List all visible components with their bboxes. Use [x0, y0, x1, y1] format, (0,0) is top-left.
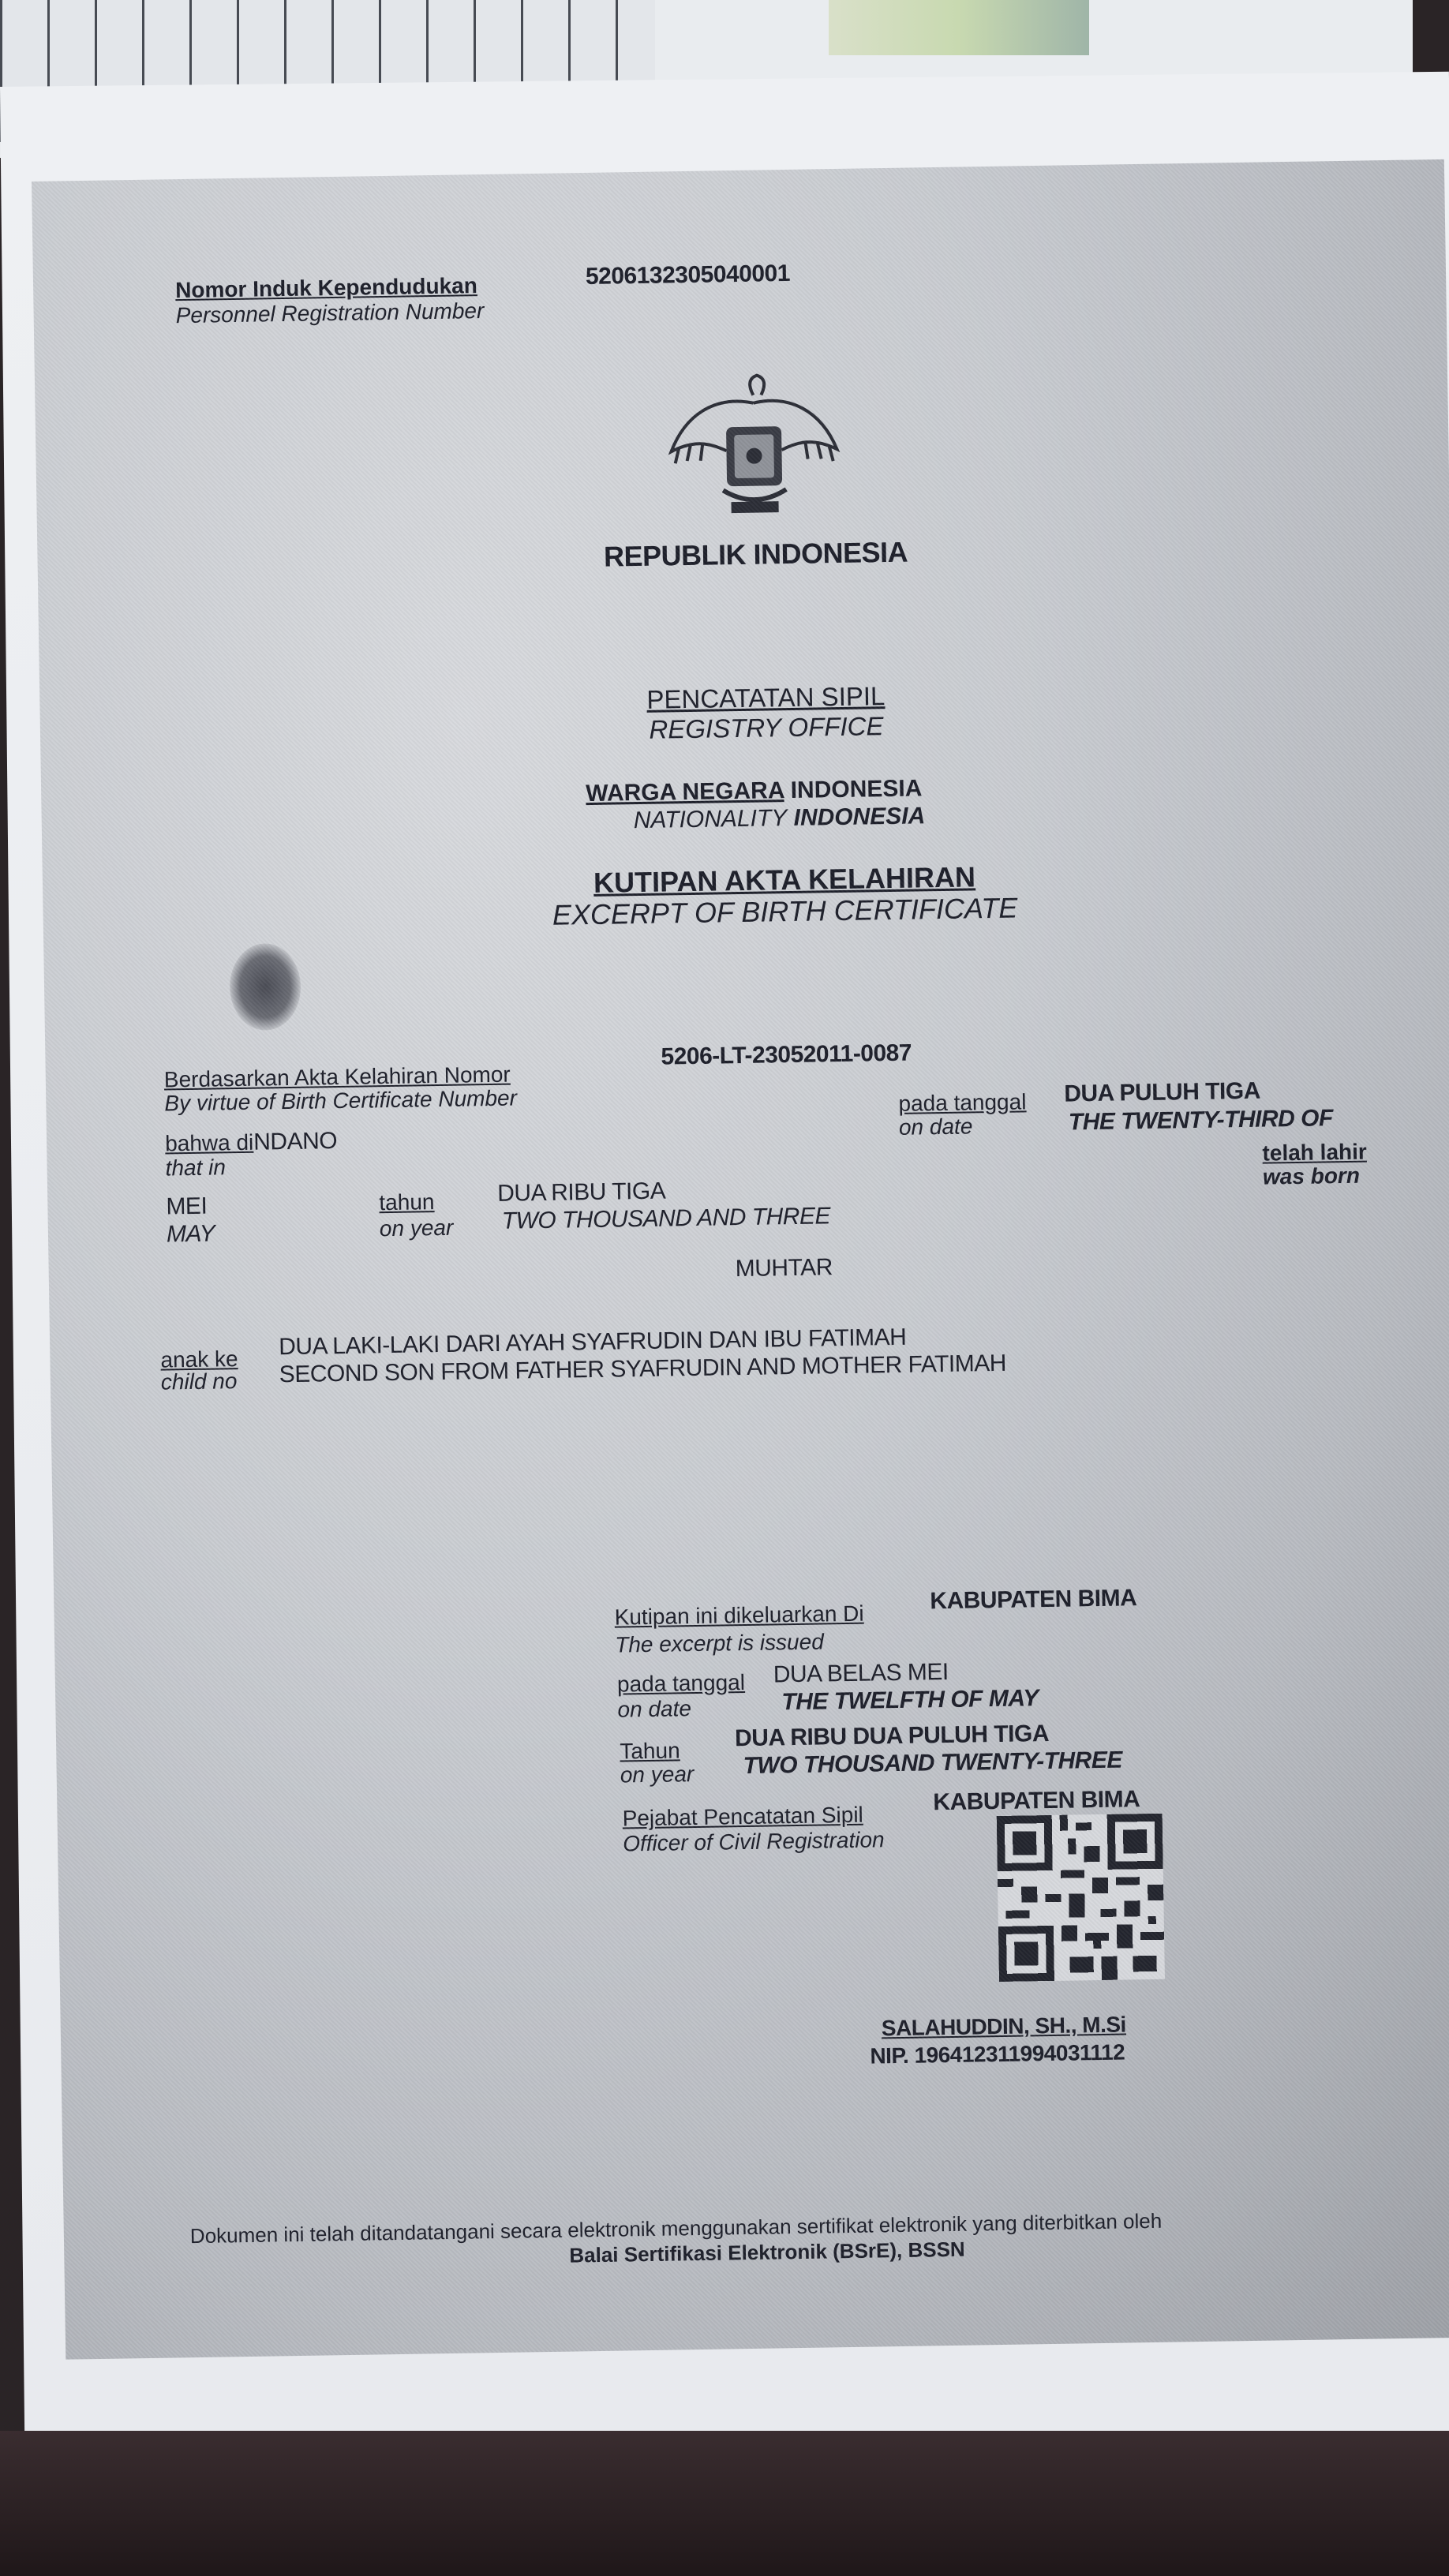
officer-label: Pejabat Pencatatan Sipil: [622, 1803, 863, 1832]
birth-certificate-page: Nomor Induk Kependudukan Personnel Regis…: [32, 159, 1449, 2360]
officer-value: KABUPATEN BIMA: [933, 1786, 1140, 1816]
nik-label: Nomor Induk Kependudukan: [175, 273, 477, 303]
birth-place-row: bahwa diNDANO: [165, 1128, 337, 1157]
qr-code-svg: [997, 1814, 1165, 1982]
birth-year-label-en: on year: [380, 1215, 454, 1241]
title-block: KUTIPAN AKTA KELAHIRAN EXCERPT OF BIRTH …: [485, 859, 1085, 932]
issued-date-label-en: on date: [617, 1696, 691, 1722]
child-order-value: DUA LAKI-LAKI DARI AYAH SYAFRUDIN DAN IB…: [279, 1324, 907, 1361]
office-label-en: REGISTRY OFFICE: [530, 710, 1004, 747]
office-block: PENCATATAN SIPIL REGISTRY OFFICE: [529, 680, 1003, 747]
issued-year-value: DUA RIBU DUA PULUH TIGA: [735, 1720, 1049, 1752]
background-photo: [829, 0, 1089, 55]
birth-date-label: pada tanggal: [898, 1089, 1026, 1117]
nationality-label-en: NATIONALITY: [634, 805, 788, 833]
issued-year-label: Tahun: [620, 1738, 680, 1764]
ink-smudge: [229, 943, 301, 1031]
issued-place-label-en: The excerpt is issued: [615, 1629, 824, 1657]
born-label: telah lahir: [1262, 1140, 1367, 1166]
issued-place-label: Kutipan ini dikeluarkan Di: [614, 1601, 863, 1631]
issued-date-label: pada tanggal: [617, 1670, 745, 1698]
fabric-surface: [0, 2431, 1449, 2576]
nik-label-en: Personnel Registration Number: [175, 298, 484, 328]
nationality-value-en: INDONESIA: [793, 803, 925, 831]
issued-date-value: DUA BELAS MEI: [773, 1659, 949, 1688]
garuda-emblem-icon: [662, 370, 846, 531]
child-order-value-en: SECOND SON FROM FATHER SYAFRUDIN AND MOT…: [279, 1350, 1007, 1388]
issued-date-value-en: THE TWELFTH OF MAY: [781, 1685, 1039, 1716]
office-label-id: PENCATATAN SIPIL: [529, 680, 1003, 717]
country-title: REPUBLIK INDONESIA: [519, 537, 992, 571]
issued-year-label-en: on year: [620, 1762, 695, 1788]
footer-line-2: Balai Sertifikasi Elektronik (BSrE), BSS…: [569, 2237, 965, 2268]
birth-place-label: bahwa di: [165, 1130, 254, 1156]
cert-number-value: 5206-LT-23052011-0087: [661, 1040, 912, 1071]
nik-value: 5206132305040001: [586, 260, 790, 290]
birth-year-value: DUA RIBU TIGA: [497, 1178, 666, 1207]
cert-number-label-en: By virtue of Birth Certificate Number: [164, 1085, 517, 1116]
birth-year-value-en: TWO THOUSAND AND THREE: [502, 1203, 831, 1235]
cert-number-label: Berdasarkan Akta Kelahiran Nomor: [164, 1062, 511, 1093]
birth-place-label-en: that in: [165, 1155, 226, 1181]
birth-date-value-en: THE TWENTY-THIRD OF: [1069, 1105, 1333, 1136]
officer-nip: NIP. 196412311994031112: [870, 2039, 1125, 2070]
qr-code-icon: [997, 1814, 1165, 1982]
footer-line-1: Dokumen ini telah ditandatangani secara …: [190, 2208, 1163, 2248]
birth-date-value: DUA PULUH TIGA: [1064, 1078, 1260, 1108]
birth-date-label-en: on date: [899, 1114, 973, 1140]
child-order-label-en: child no: [161, 1368, 238, 1395]
garuda-emblem-icon-svg: [662, 370, 846, 531]
nationality-block: WARGA NEGARA INDONESIA: [586, 775, 923, 807]
nationality-en-block: NATIONALITY INDONESIA: [634, 803, 926, 834]
issued-year-value-en: TWO THOUSAND TWENTY-THREE: [743, 1747, 1122, 1780]
officer-name: SALAHUDDIN, SH., M.Si: [882, 2012, 1126, 2042]
birth-month-value-en: MAY: [167, 1221, 215, 1249]
child-order-label: anak ke: [160, 1346, 238, 1373]
issued-place-value: KABUPATEN BIMA: [930, 1585, 1136, 1615]
nationality-label-id: WARGA NEGARA: [586, 777, 784, 807]
nationality-value-id: INDONESIA: [790, 775, 922, 803]
officer-label-en: Officer of Civil Registration: [623, 1827, 885, 1856]
birth-month-value: MEI: [166, 1193, 207, 1221]
born-label-en: was born: [1263, 1163, 1360, 1190]
child-name: MUHTAR: [735, 1254, 833, 1282]
title-en: EXCERPT OF BIRTH CERTIFICATE: [485, 891, 1085, 932]
birth-year-label: tahun: [379, 1189, 435, 1215]
title-id: KUTIPAN AKTA KELAHIRAN: [485, 859, 1085, 900]
birth-place-value: NDANO: [253, 1128, 337, 1155]
